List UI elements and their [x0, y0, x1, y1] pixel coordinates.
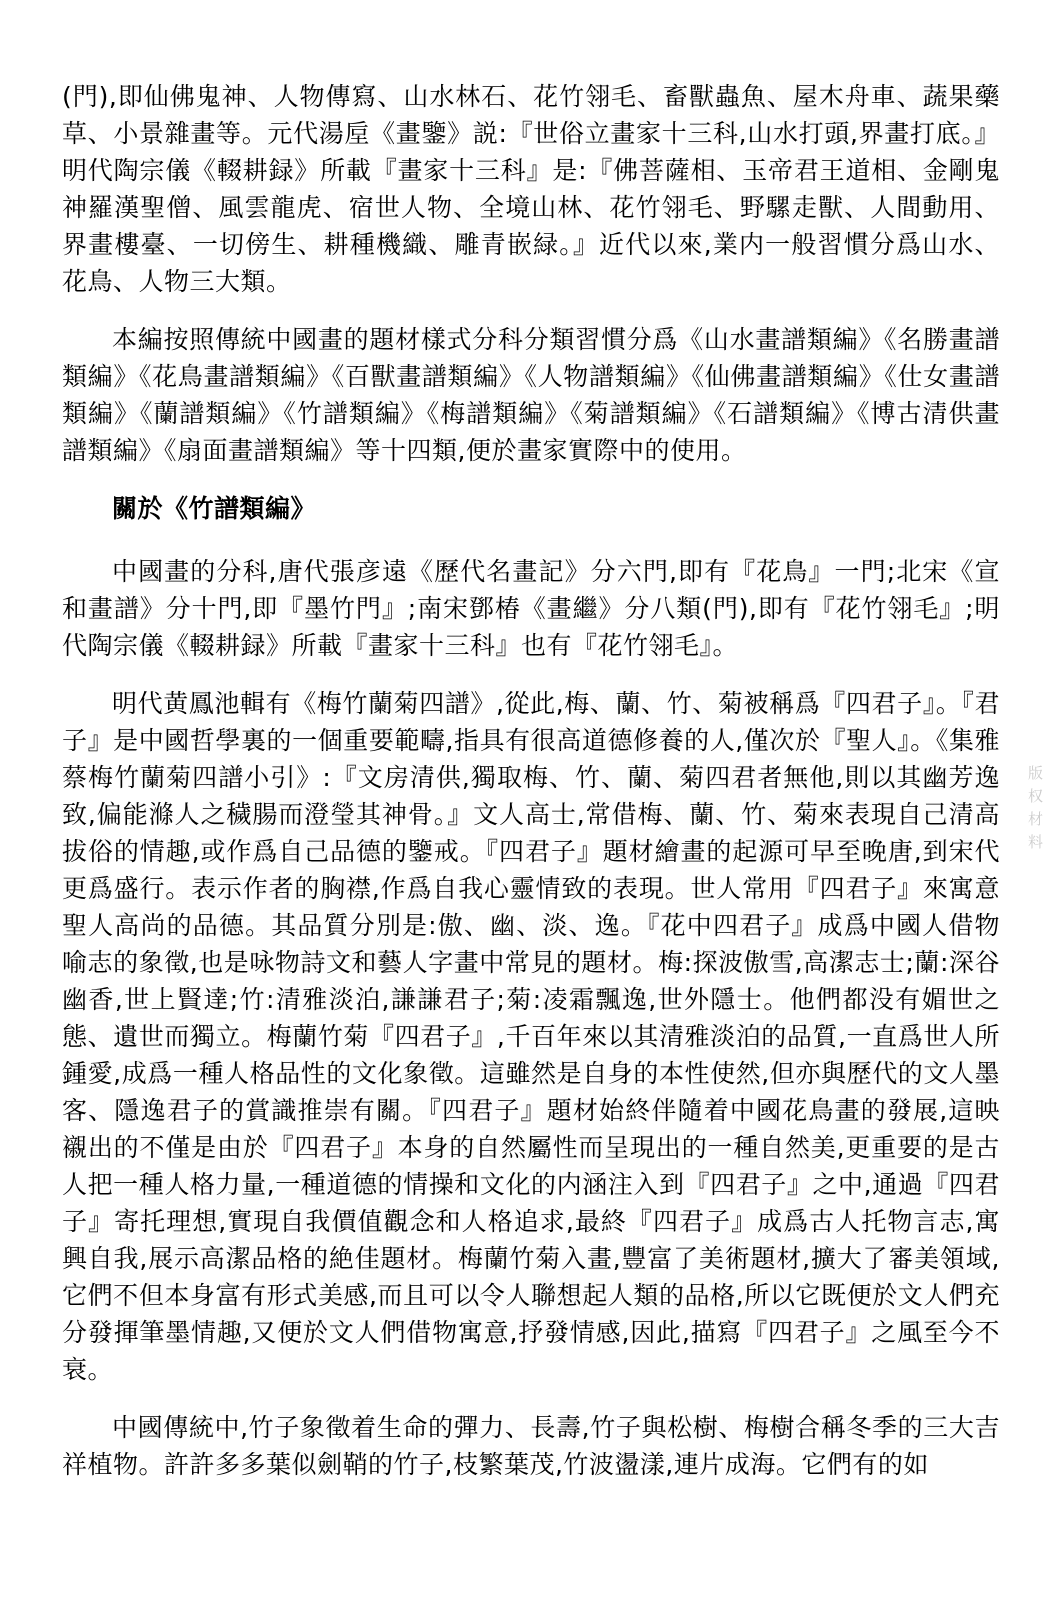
watermark-text: 版权材料: [1027, 765, 1042, 857]
body-paragraph: 本編按照傳統中國畫的題材樣式分科分類習慣分爲《山水畫譜類編》《名勝畫譜類編》《花…: [62, 321, 1000, 469]
body-paragraph: 中國畫的分科,唐代張彦遠《歷代名畫記》分六門,即有『花鳥』一門;北宋《宣和畫譜》…: [62, 553, 1000, 664]
document-body: (門),即仙佛鬼神、人物傳寫、山水林石、花竹翎毛、畜獸蟲魚、屋木舟車、蔬果藥草、…: [62, 78, 1000, 1504]
section-heading: 關於《竹譜類編》: [62, 490, 1000, 527]
page: (門),即仙佛鬼神、人物傳寫、山水林石、花竹翎毛、畜獸蟲魚、屋木舟車、蔬果藥草、…: [0, 0, 1061, 1600]
body-paragraph: 明代黄鳳池輯有《梅竹蘭菊四譜》,從此,梅、蘭、竹、菊被稱爲『四君子』。『君子』是…: [62, 685, 1000, 1388]
body-paragraph: (門),即仙佛鬼神、人物傳寫、山水林石、花竹翎毛、畜獸蟲魚、屋木舟車、蔬果藥草、…: [62, 78, 1000, 300]
body-paragraph: 中國傳統中,竹子象徵着生命的彈力、長壽,竹子與松樹、梅樹合稱冬季的三大吉祥植物。…: [62, 1409, 1000, 1483]
